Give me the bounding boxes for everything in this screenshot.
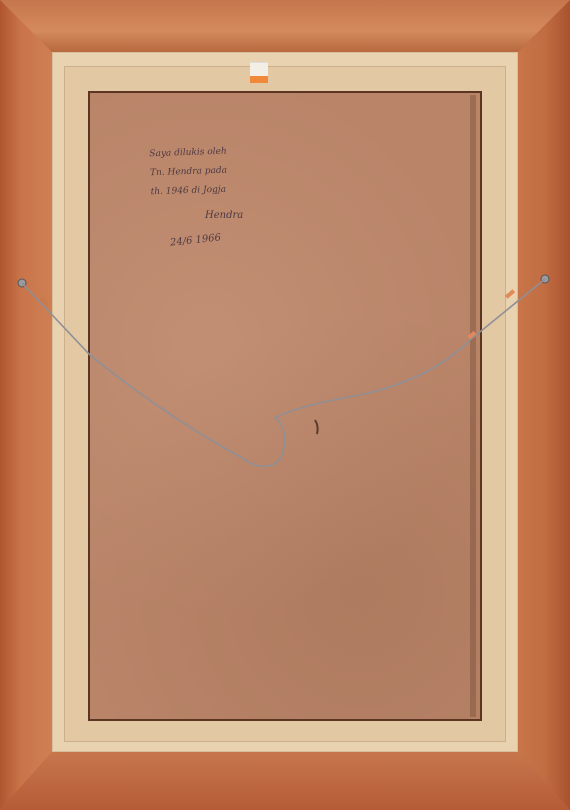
framed-painting-back: Saya dilukis oleh Tn. Hendra pada th. 19… xyxy=(0,0,570,810)
frame-left xyxy=(0,0,52,810)
label-tag xyxy=(250,76,268,83)
board-shadow xyxy=(470,95,476,717)
frame-right xyxy=(518,0,570,810)
frame-top xyxy=(0,0,570,52)
signature: Hendra xyxy=(205,210,243,221)
backing-board xyxy=(88,91,482,721)
frame-bottom xyxy=(0,752,570,810)
handwritten-inscription: Saya dilukis oleh Tn. Hendra pada th. 19… xyxy=(149,141,281,203)
